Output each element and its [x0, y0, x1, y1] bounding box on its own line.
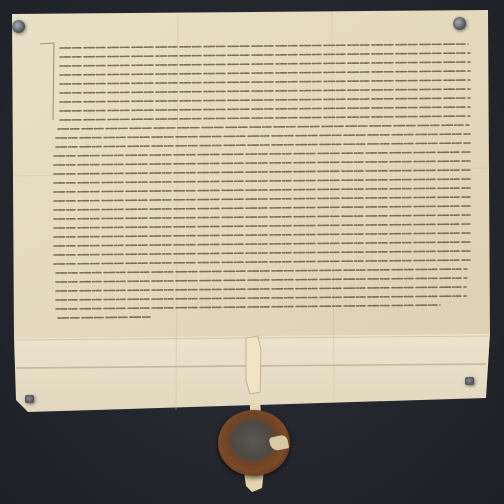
mounting-pin-bottom-right	[465, 377, 474, 385]
mounting-pin-top-left	[12, 20, 25, 33]
mounting-pin-top-right	[453, 17, 466, 30]
photo-background	[0, 0, 504, 504]
mounting-pin-bottom-left	[25, 395, 34, 403]
wax-seal	[218, 410, 290, 476]
